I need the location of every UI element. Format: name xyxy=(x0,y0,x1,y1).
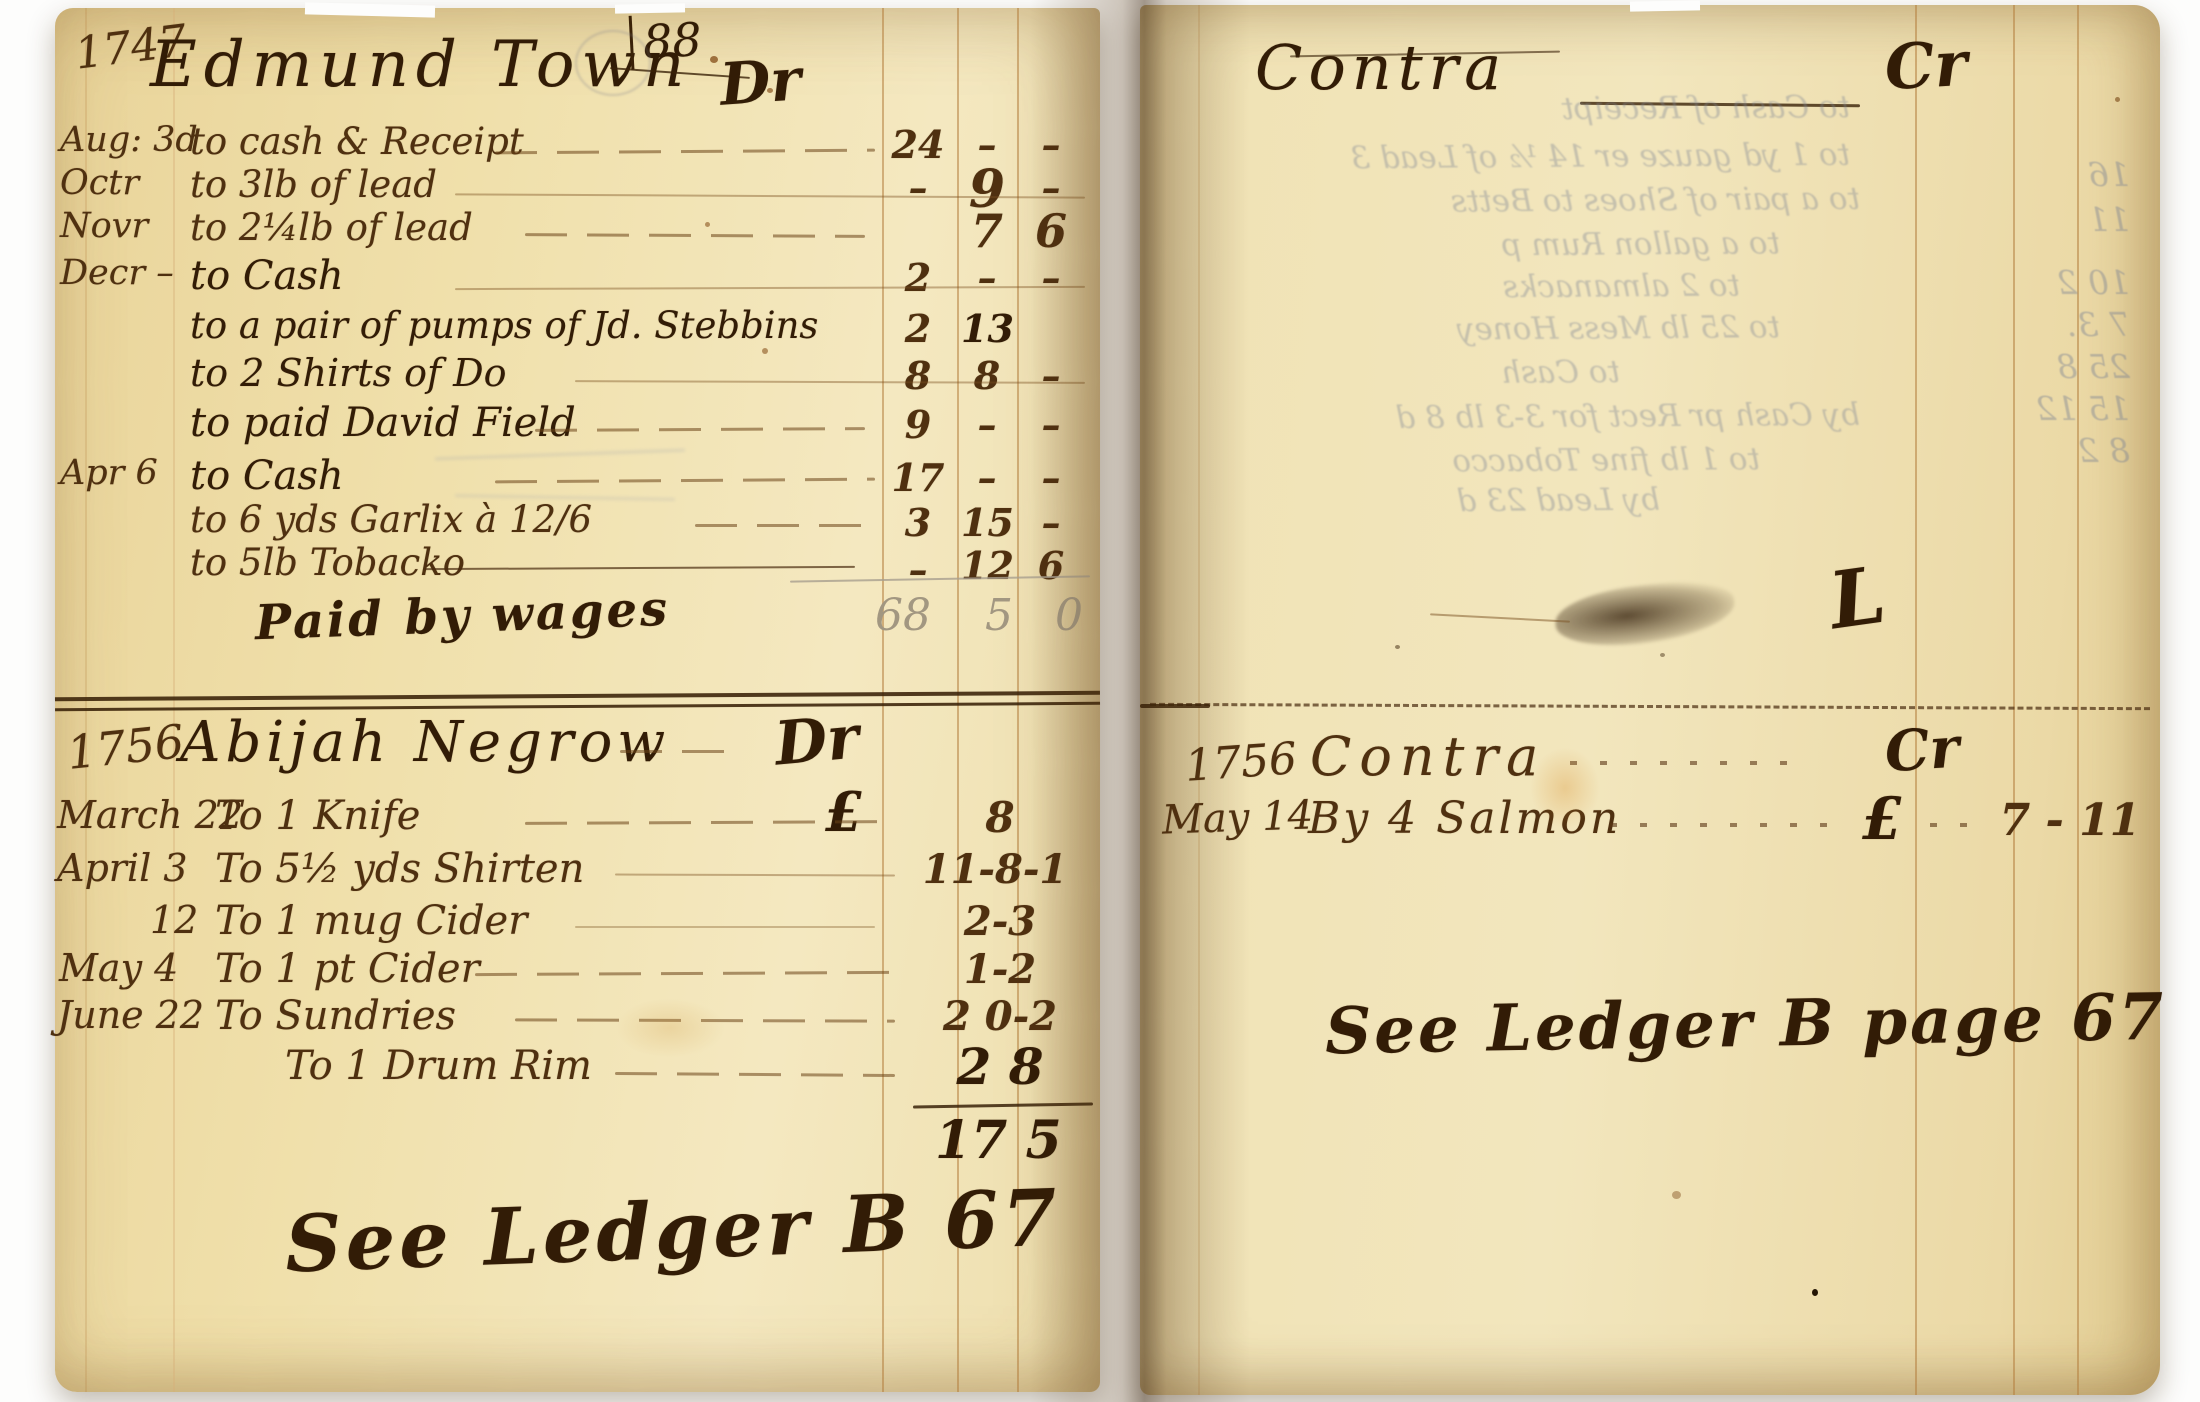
entry-shillings: 8 xyxy=(961,353,1013,398)
flourish-mark: L xyxy=(1824,550,1891,648)
entry-description: to 2 Shirts of Do xyxy=(190,351,507,395)
foxing-spot xyxy=(762,348,768,354)
foxing-spot xyxy=(705,222,710,227)
debit-mark-1756: Dr xyxy=(772,702,861,779)
foxing-spot xyxy=(1672,1191,1681,1199)
torn-edge xyxy=(305,2,435,17)
entry-description: to a pair of pumps of Jd. Stebbins xyxy=(190,304,818,347)
entry-date: Apr 6 xyxy=(60,453,158,493)
entry-amount: 1-2 xyxy=(935,946,1065,993)
entry-shillings: 13 xyxy=(961,306,1013,351)
rule-line xyxy=(615,874,895,877)
entry-pounds: 3 xyxy=(885,500,951,545)
entry-date: April 3 xyxy=(57,846,188,890)
debit-mark: Dr xyxy=(718,45,803,118)
credit-mark: Cr xyxy=(1883,27,1969,104)
account-separator-line xyxy=(1150,703,2150,710)
showthrough-line: to a gallon Rum p xyxy=(1300,225,1780,264)
entry-date: May 14 xyxy=(1161,792,1314,843)
showthrough-number: 25 8 xyxy=(1940,347,2130,386)
entry-description: To Sundries xyxy=(215,993,456,1039)
entry-pounds: – xyxy=(885,547,951,592)
leader-line xyxy=(695,524,875,527)
entry-pence: – xyxy=(1021,255,1081,300)
entry-description: To 1 Knife xyxy=(215,793,420,839)
entry-amount: 2 0-2 xyxy=(915,993,1085,1040)
settlement-note: Paid by wages xyxy=(254,581,671,651)
pencil-total-shillings: 5 xyxy=(985,590,1013,641)
showthrough-line: by Lead 23 d xyxy=(1280,482,1660,521)
pound-column-line xyxy=(1915,5,1917,1395)
ledger-reference: See Ledger B 67 xyxy=(284,1172,1063,1290)
showthrough-number: 16 xyxy=(1940,155,2130,194)
ink-stroke xyxy=(1430,613,1570,622)
year-label-1756: 1756 xyxy=(1183,733,1298,792)
leader-line xyxy=(495,478,875,484)
entry-amount: 2-3 xyxy=(935,898,1065,945)
entry-amount: 11-8-1 xyxy=(905,846,1085,893)
ledger-scan: 1747 Edmund Town 88 Dr Aug: 3d to cash &… xyxy=(0,0,2200,1402)
heading-dots xyxy=(1570,761,1790,765)
ruled-line xyxy=(1198,5,1200,1395)
entry-description: To 1 pt Cider xyxy=(215,946,480,992)
entry-amount: 2 8 xyxy=(925,1037,1075,1096)
entry-date: Aug: 3d xyxy=(60,120,198,160)
account-total: 17 5 xyxy=(935,1110,1062,1171)
entry-pounds: 8 xyxy=(885,353,951,398)
entry-shillings: 15 xyxy=(961,500,1013,545)
entry-pence: – xyxy=(1021,500,1081,545)
showthrough-number: 8 2 xyxy=(1940,431,2130,470)
entry-shillings: – xyxy=(961,255,1013,300)
entry-pence: – xyxy=(1021,455,1081,500)
entry-pounds: 17 xyxy=(885,455,951,500)
rule-line xyxy=(575,380,1085,384)
entry-pence: 6 xyxy=(1021,204,1081,258)
entry-date: Novr xyxy=(60,206,148,246)
ink-smudge xyxy=(1552,576,1737,652)
pencil-total-pounds: 68 xyxy=(875,590,931,641)
entry-pounds: 9 xyxy=(885,402,951,447)
stain xyxy=(1530,747,1600,829)
entry-description: to cash & Receipt xyxy=(190,120,524,163)
showthrough-line: to 1 yd gauze er 14 ½ of Lead 3 xyxy=(1200,137,1850,178)
entry-pounds: 24 xyxy=(885,122,951,167)
entry-date: 12 xyxy=(150,898,198,942)
leader-line xyxy=(525,233,865,238)
entry-date: May 4 xyxy=(59,946,178,990)
torn-edge xyxy=(615,3,685,13)
entry-shillings: 7 xyxy=(961,204,1013,258)
entry-pence: – xyxy=(1021,122,1081,167)
entry-description: to 3lb of lead xyxy=(190,163,437,206)
entry-description: To 5½ yds Shirten xyxy=(215,846,584,892)
rule-line xyxy=(575,926,875,928)
total-rule xyxy=(913,1102,1093,1108)
showthrough-number: 11 xyxy=(1940,200,2130,239)
entry-date: Octr xyxy=(60,163,139,203)
showthrough-line: to Cash of Receipt xyxy=(1290,89,1850,129)
account-separator-line xyxy=(55,691,1100,711)
showthrough-line: to 2 almanacks xyxy=(1320,268,1740,307)
entry-pence: – xyxy=(1021,402,1081,447)
entry-date: Decr – xyxy=(60,253,174,293)
showthrough-line: by Cash pr Rect for 3-3 lb 8 d xyxy=(1200,397,1860,438)
showthrough-number: 10 2 xyxy=(1940,263,2130,302)
entry-description: to paid David Field xyxy=(190,400,576,446)
entry-description: to Cash xyxy=(190,253,344,299)
entry-description: to Cash xyxy=(190,453,344,499)
entry-shillings: – xyxy=(961,402,1013,447)
ink-dot xyxy=(1660,653,1665,657)
entry-pounds: 2 xyxy=(885,255,951,300)
left-page: 1747 Edmund Town 88 Dr Aug: 3d to cash &… xyxy=(55,8,1100,1392)
right-page: Contra Cr to Cash of Receipt to 1 yd gau… xyxy=(1140,5,2160,1395)
entry-description: to 2¼lb of lead xyxy=(190,206,473,249)
entry-description: to 5lb Tobacko xyxy=(190,541,465,584)
pencil-circle xyxy=(575,30,651,96)
entry-shillings: 12 xyxy=(961,543,1013,588)
entry-pence: 6 xyxy=(1021,543,1081,588)
ledger-reference: See Ledger B page 67 xyxy=(1324,980,2166,1070)
showthrough-line: to 1 lb fine Tobacco xyxy=(1240,441,1760,481)
entry-pence: – xyxy=(1021,353,1081,398)
showthrough-line: to 25 lb Mess Honey xyxy=(1260,309,1780,349)
entry-pounds: – xyxy=(885,165,951,210)
torn-edge xyxy=(1630,0,1700,11)
showthrough-line: to a pair of Shoes to Betts xyxy=(1220,181,1860,221)
entry-description: To 1 mug Cider xyxy=(215,898,527,944)
leader-line xyxy=(495,149,875,155)
pencil-total-pence: 0 xyxy=(1055,590,1083,641)
credit-mark-1756: Cr xyxy=(1883,714,1962,785)
stain xyxy=(615,998,725,1058)
foxing-spot xyxy=(767,88,773,93)
entry-shillings: – xyxy=(961,455,1013,500)
pencil-showthrough xyxy=(435,449,685,461)
ink-dot xyxy=(1395,645,1400,649)
foxing-spot xyxy=(2115,97,2120,102)
contra-heading-1756: Contra xyxy=(1310,725,1546,788)
leader-line xyxy=(615,1072,895,1077)
entry-pounds: 2 xyxy=(885,306,951,351)
entry-description: To 1 Drum Rim xyxy=(285,1043,592,1089)
showthrough-line: to Cash xyxy=(1320,354,1620,392)
entry-date: June 22 xyxy=(57,993,204,1037)
leader-dots xyxy=(1610,823,1840,827)
leader-dots xyxy=(1930,823,1985,827)
showthrough-number: 7 3. xyxy=(1940,305,2130,344)
ink-dot xyxy=(1812,1289,1818,1296)
leader-line xyxy=(475,971,895,976)
heading-dashes xyxy=(620,750,740,753)
entry-amount: 7 - 11 xyxy=(1990,795,2150,846)
leader-line xyxy=(535,427,865,432)
separator-continuation xyxy=(1140,704,1210,708)
entry-amount: 8 xyxy=(935,793,1065,842)
rule-line xyxy=(425,566,855,570)
year-label-1756: 1756 xyxy=(64,714,186,780)
foxing-spot xyxy=(710,56,718,63)
pound-sign: £ xyxy=(825,780,863,844)
account-heading-1756: Abijah Negrow xyxy=(180,710,670,775)
entry-description: to 6 yds Garlix à 12/6 xyxy=(190,498,592,541)
showthrough-number: 15 12 xyxy=(1940,389,2130,428)
pound-sign: £ xyxy=(1862,785,1902,853)
